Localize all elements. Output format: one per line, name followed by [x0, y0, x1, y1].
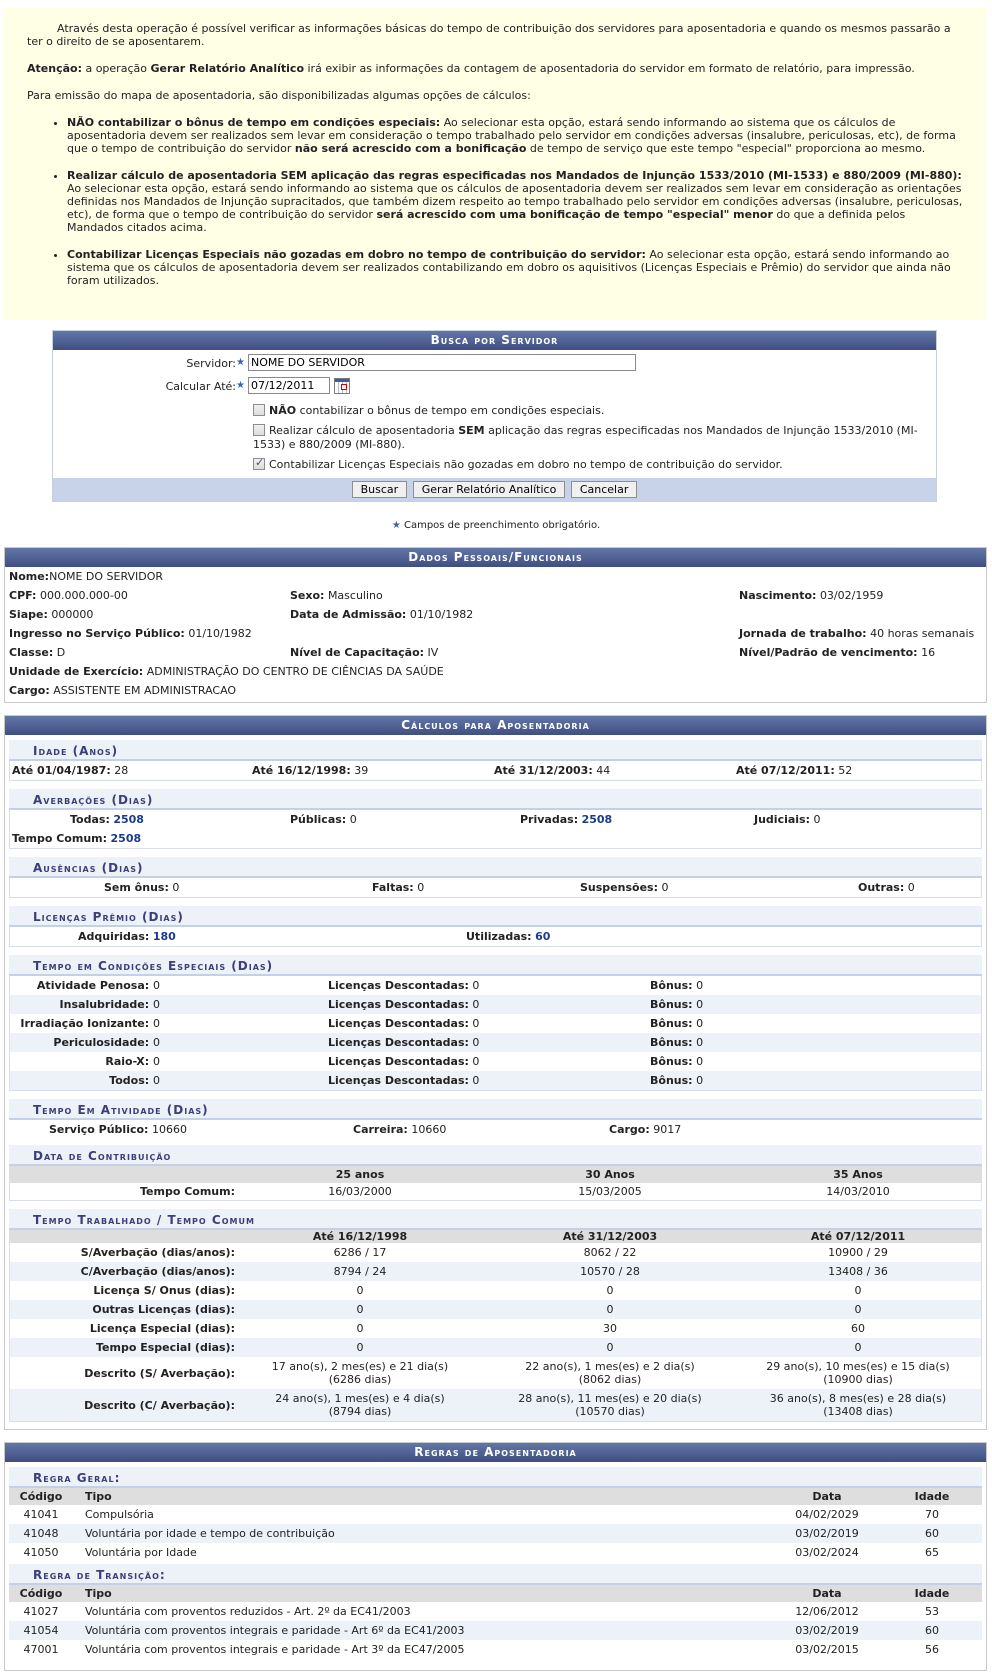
jornada-field: Jornada de trabalho: 40 horas semanais — [739, 624, 974, 643]
idade-item: Até 16/12/1998: 39 — [252, 761, 368, 780]
option-no-bonus: NÃO contabilizar o bônus de tempo em con… — [53, 404, 936, 418]
help-option: Contabilizar Licenças Especiais não goza… — [67, 248, 964, 287]
siape-field: Siape: 000000 — [9, 605, 93, 624]
help-options-intro: Para emissão do mapa de aposentadoria, s… — [27, 89, 964, 102]
option-licencas-dobro: Contabilizar Licenças Especiais não goza… — [53, 458, 936, 472]
regra-geral-table: Código Tipo Data Idade 41041Compulsória0… — [9, 1488, 982, 1562]
regra-transicao-table: Código Tipo Data Idade 41027Voluntária c… — [9, 1585, 982, 1659]
help-options-list: NÃO contabilizar o bônus de tempo em con… — [27, 116, 964, 287]
personal-data-title: Dados Pessoais/Funcionais — [5, 548, 986, 567]
premio-section-title: Licenças Prêmio (Dias) — [9, 906, 982, 927]
option-sem-mandados: Realizar cálculo de aposentadoria SEM ap… — [53, 424, 936, 452]
idade-item: Até 07/12/2011: 52 — [736, 761, 852, 780]
rule-row: 41048Voluntária por idade e tempo de con… — [9, 1524, 982, 1543]
servidor-label: Servidor: — [53, 357, 236, 370]
premio-utilizadas: Utilizadas: 60 — [466, 927, 550, 946]
regra-geral-title: Regra Geral: — [9, 1467, 982, 1488]
capacitacao-field: Nível de Capacitação: IV — [290, 643, 438, 662]
licencas-dobro-checkbox[interactable] — [253, 458, 265, 470]
averbacoes-tempo-comum: Tempo Comum: 2508 — [12, 829, 141, 848]
generate-report-button[interactable]: Gerar Relatório Analítico — [413, 481, 566, 498]
calcular-ate-input[interactable] — [248, 377, 330, 394]
ausencias-item: Faltas: 0 — [372, 878, 424, 897]
rule-row: 47001Voluntária com proventos integrais … — [9, 1640, 982, 1659]
servidor-input[interactable] — [248, 354, 636, 371]
especiais-row: Atividade Penosa: 0Licenças Descontadas:… — [10, 976, 981, 995]
atividade-cargo: Cargo: 9017 — [609, 1120, 681, 1139]
sexo-field: Sexo: Masculino — [290, 586, 383, 605]
help-intro: Através desta operação é possível verifi… — [27, 22, 964, 48]
premio-adquiridas: Adquiridas: 180 — [78, 927, 176, 946]
classe-field: Classe: D — [9, 643, 65, 662]
calendar-icon[interactable] — [334, 378, 350, 394]
help-attention: Atenção: a operação Gerar Relatório Anal… — [27, 62, 964, 75]
rules-title: Regras de Aposentadoria — [5, 1443, 986, 1462]
regra-transicao-title: Regra de Transição: — [9, 1564, 982, 1585]
required-icon: ★ — [236, 357, 245, 368]
trabalhado-row: C/Averbação (dias/anos):8794 / 2410570 /… — [10, 1262, 981, 1281]
cancel-button[interactable]: Cancelar — [571, 481, 638, 498]
ausencias-section-title: Ausências (Dias) — [9, 857, 982, 878]
nome-field: Nome:NOME DO SERVIDOR — [9, 567, 163, 586]
averbacoes-todas: Todas: 2508 — [70, 810, 144, 829]
trabalhado-table: Até 16/12/1998Até 31/12/2003Até 07/12/20… — [10, 1230, 981, 1421]
rule-row: 41041Compulsória04/02/202970 — [9, 1505, 982, 1524]
trabalhado-row: S/Averbação (dias/anos):6286 / 178062 / … — [10, 1243, 981, 1262]
trabalhado-descrito-row: Descrito (C/ Averbação):24 ano(s), 1 mes… — [10, 1389, 981, 1421]
personal-data-panel: Dados Pessoais/Funcionais Nome:NOME DO S… — [4, 547, 987, 703]
averbacoes-judiciais: Judiciais: 0 — [754, 810, 821, 829]
search-form: Busca por Servidor Servidor: ★ Calcular … — [52, 330, 937, 502]
calcular-ate-label: Calcular Até: — [53, 380, 236, 393]
ingresso-field: Ingresso no Serviço Público: 01/10/1982 — [9, 624, 252, 643]
no-bonus-checkbox[interactable] — [253, 404, 265, 416]
nascimento-field: Nascimento: 03/02/1959 — [739, 586, 883, 605]
contribuicao-row: Tempo Comum:16/03/200015/03/200514/03/20… — [10, 1183, 981, 1200]
idade-item: Até 01/04/1987: 28 — [12, 761, 128, 780]
calculations-panel: Cálculos para Aposentadoria Idade (Anos)… — [4, 715, 987, 1430]
trabalhado-row: Outras Licenças (dias):000 — [10, 1300, 981, 1319]
trabalhado-row: Licença Especial (dias):03060 — [10, 1319, 981, 1338]
search-button[interactable]: Buscar — [352, 481, 408, 498]
sem-mandados-checkbox[interactable] — [253, 424, 265, 436]
button-bar: Buscar Gerar Relatório Analítico Cancela… — [53, 478, 936, 501]
idade-item: Até 31/12/2003: 44 — [494, 761, 610, 780]
help-box: Através desta operação é possível verifi… — [3, 8, 986, 320]
required-fields-note: ★ Campos de preenchimento obrigatório. — [0, 520, 992, 531]
rule-row: 41054Voluntária com proventos integrais … — [9, 1621, 982, 1640]
ausencias-item: Sem ônus: 0 — [104, 878, 179, 897]
idade-section-title: Idade (Anos) — [9, 740, 982, 761]
especiais-table: Atividade Penosa: 0Licenças Descontadas:… — [10, 976, 981, 1090]
calculations-title: Cálculos para Aposentadoria — [5, 716, 986, 735]
unidade-field: Unidade de Exercício: ADMINISTRAÇÃO DO C… — [9, 662, 444, 681]
help-option: NÃO contabilizar o bônus de tempo em con… — [67, 116, 964, 155]
contribuicao-table: 25 anos30 Anos35 Anos Tempo Comum:16/03/… — [10, 1166, 981, 1200]
trabalhado-section-title: Tempo Trabalhado / Tempo Comum — [9, 1209, 982, 1230]
especiais-row: Irradiação Ionizante: 0Licenças Desconta… — [10, 1014, 981, 1033]
contribuicao-section-title: Data de Contribuição — [9, 1145, 982, 1166]
averbacoes-privadas: Privadas: 2508 — [520, 810, 612, 829]
trabalhado-descrito-row: Descrito (S/ Averbação):17 ano(s), 2 mes… — [10, 1357, 981, 1389]
cpf-field: CPF: 000.000.000-00 — [9, 586, 128, 605]
ausencias-item: Outras: 0 — [858, 878, 915, 897]
rules-panel: Regras de Aposentadoria Regra Geral: Cód… — [4, 1442, 987, 1671]
required-icon: ★ — [236, 380, 245, 391]
rule-row: 41027Voluntária com proventos reduzidos … — [9, 1602, 982, 1621]
admissao-field: Data de Admissão: 01/10/1982 — [290, 605, 473, 624]
rule-row: 41050Voluntária por Idade03/02/202465 — [9, 1543, 982, 1562]
especiais-row: Periculosidade: 0Licenças Descontadas: 0… — [10, 1033, 981, 1052]
required-icon: ★ — [392, 520, 401, 531]
trabalhado-row: Tempo Especial (dias):000 — [10, 1338, 981, 1357]
especiais-row: Raio-X: 0Licenças Descontadas: 0Bônus: 0 — [10, 1052, 981, 1071]
atividade-section-title: Tempo Em Atividade (Dias) — [9, 1099, 982, 1120]
form-title: Busca por Servidor — [53, 331, 936, 350]
trabalhado-row: Licença S/ Onus (dias):000 — [10, 1281, 981, 1300]
help-option: Realizar cálculo de aposentadoria SEM ap… — [67, 169, 964, 234]
especiais-section-title: Tempo em Condições Especiais (Dias) — [9, 955, 982, 976]
ausencias-item: Suspensões: 0 — [580, 878, 668, 897]
atividade-carreira: Carreira: 10660 — [353, 1120, 446, 1139]
averbacoes-publicas: Públicas: 0 — [290, 810, 357, 829]
especiais-row: Insalubridade: 0Licenças Descontadas: 0B… — [10, 995, 981, 1014]
padrao-field: Nível/Padrão de vencimento: 16 — [739, 643, 935, 662]
cargo-field: Cargo: ASSISTENTE EM ADMINISTRACAO — [9, 681, 236, 700]
especiais-row: Todos: 0Licenças Descontadas: 0Bônus: 0 — [10, 1071, 981, 1090]
atividade-servico: Serviço Público: 10660 — [49, 1120, 187, 1139]
averbacoes-section-title: Averbações (Dias) — [9, 789, 982, 810]
